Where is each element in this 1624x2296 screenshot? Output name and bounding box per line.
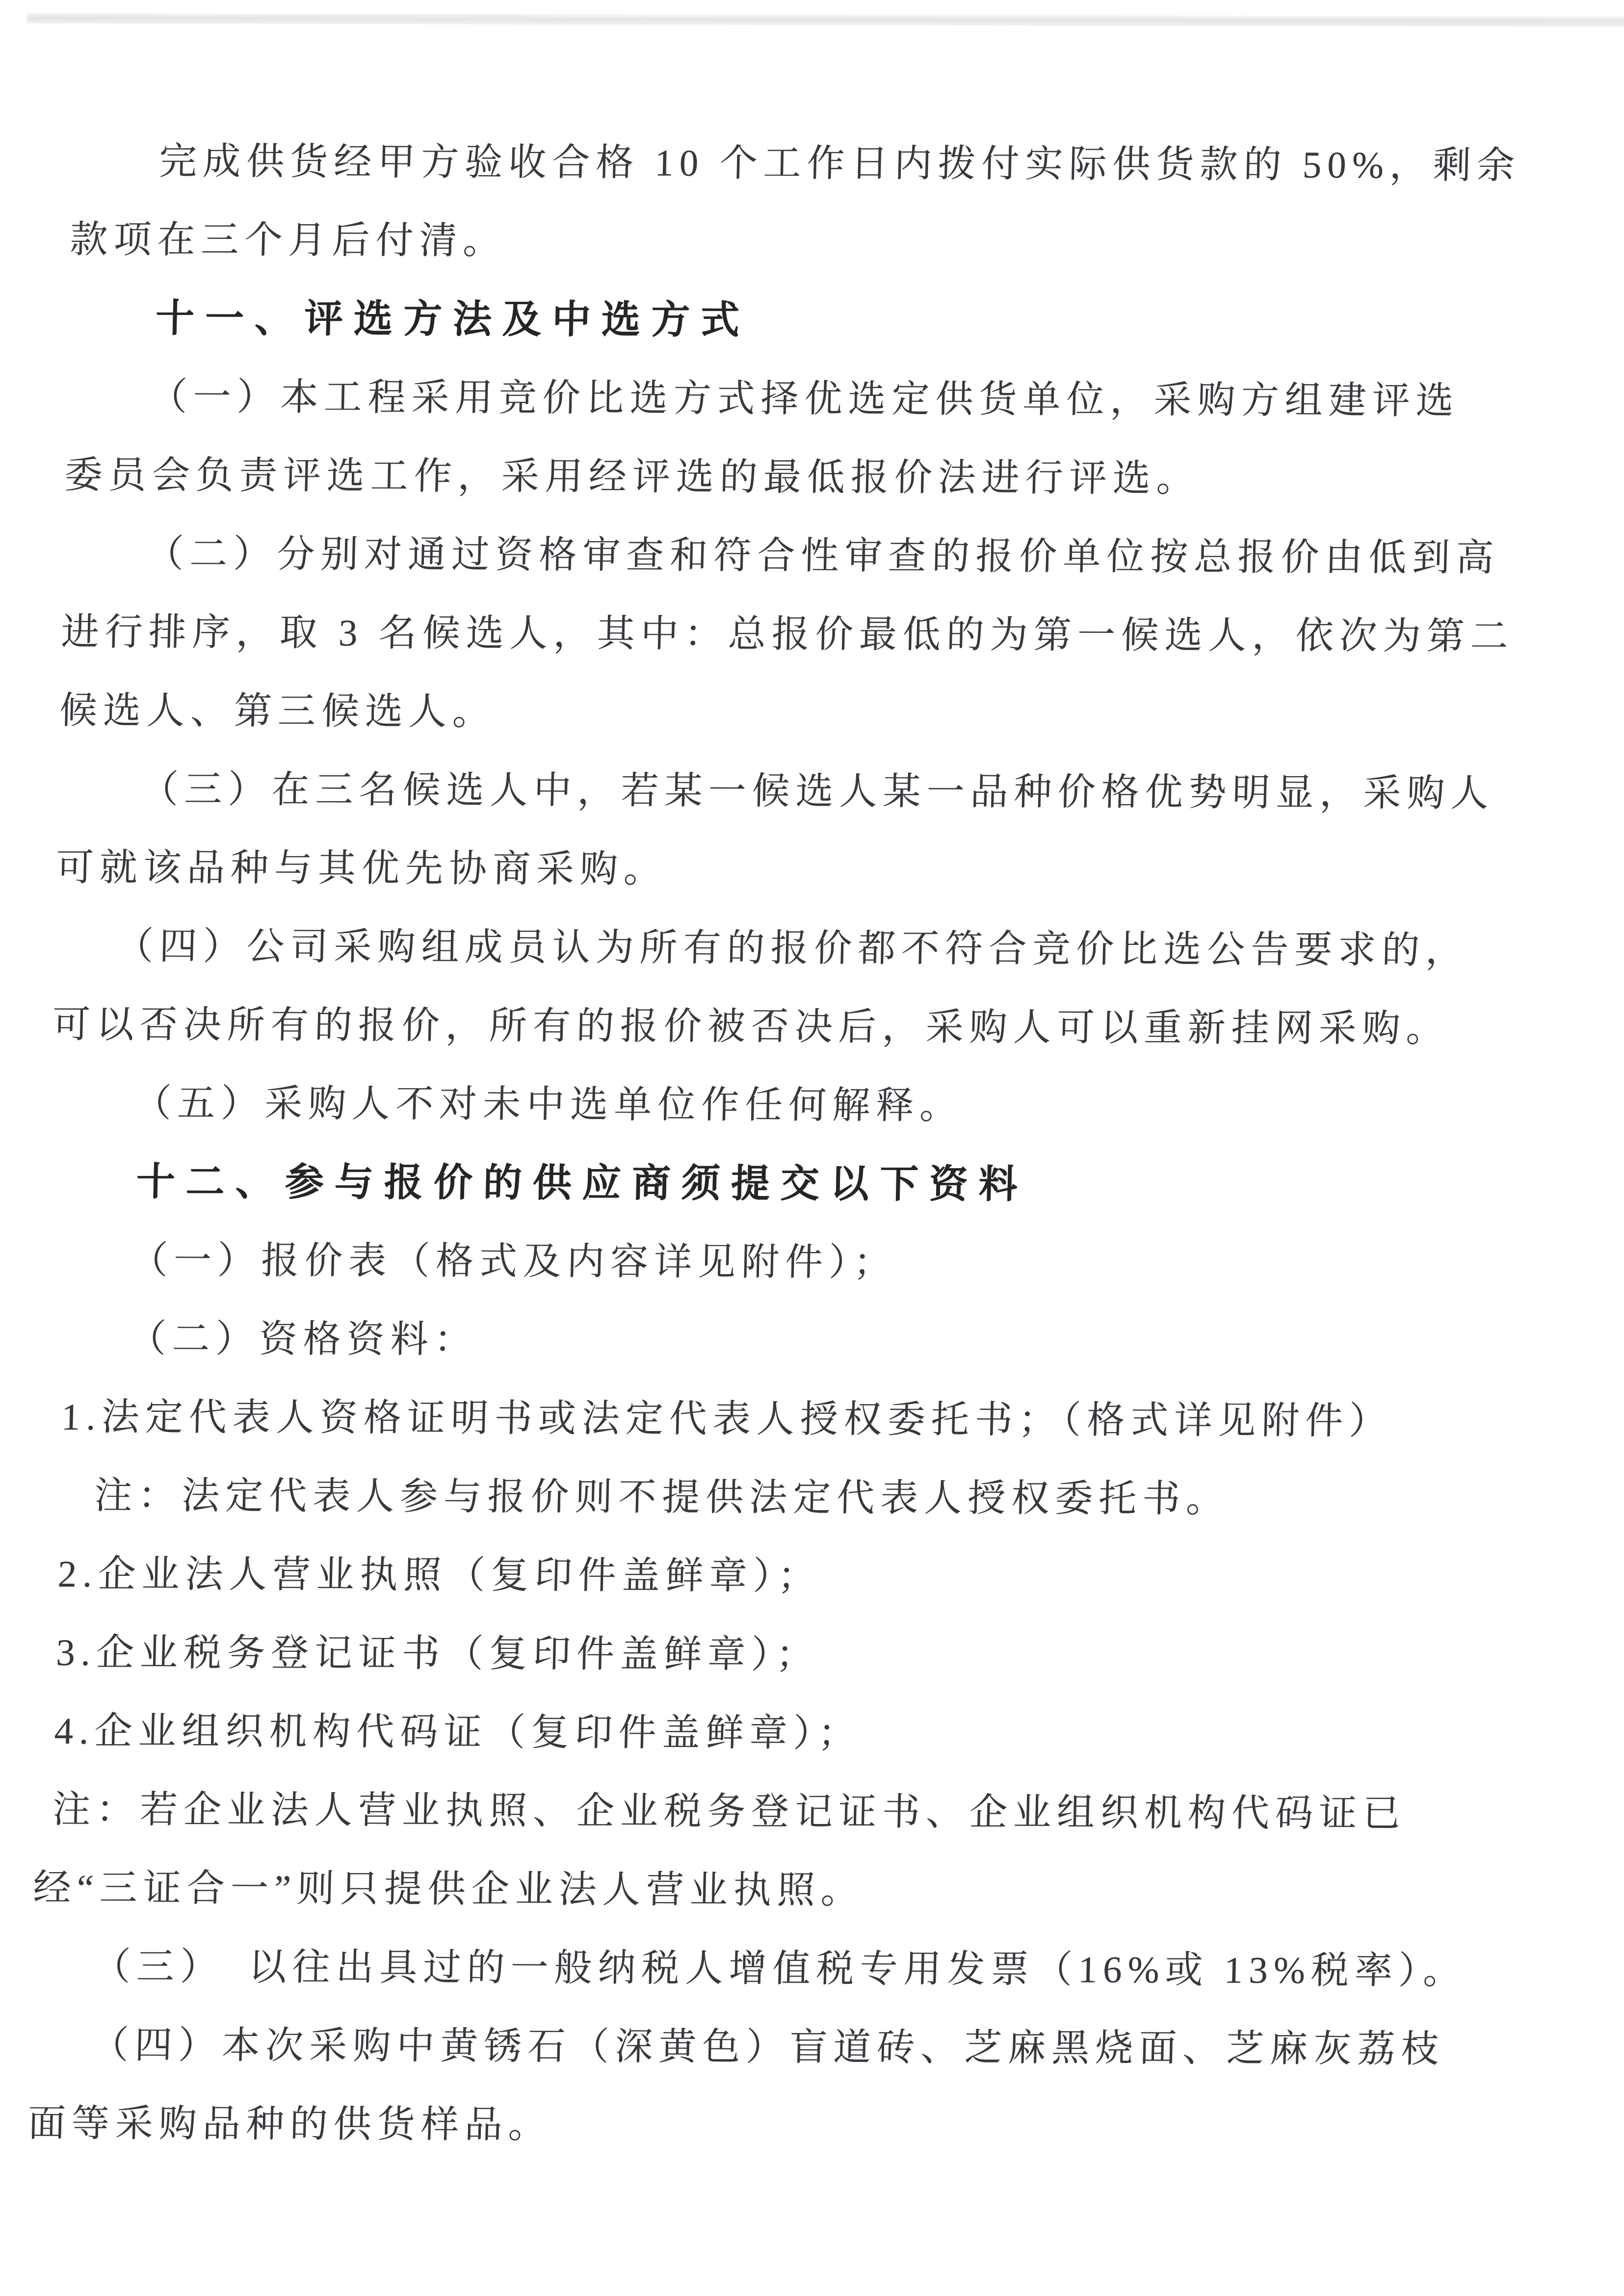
- text-line: 2.企业法人营业执照（复印件盖鲜章）；: [39, 1535, 1519, 1618]
- text-line: 经“三证合一”则只提供企业法人营业执照。: [32, 1849, 1512, 1931]
- text-line: （一）报价表（格式及内容详见附件）；: [46, 1221, 1526, 1304]
- text-line: （二）分别对通过资格审查和符合性审查的报价单位按总报价由低到高: [62, 514, 1542, 597]
- text-line: 进行排序，取 3 名候选人，其中：总报价最低的为第一候选人，依次为第二: [60, 593, 1540, 676]
- scanned-document-page: 完成供货经甲方验收合格 10 个工作日内拨付实际供货款的 50%，剩余款项在三个…: [0, 0, 1624, 2296]
- text-line: （三） 以往出具过的一般纳税人增值税专用发票（16%或 13%税率）。: [30, 1927, 1510, 2010]
- text-line: （三）在三名候选人中，若某一候选人某一品种价格优势明显，采购人: [57, 750, 1537, 833]
- text-line: 款项在三个月后付清。: [69, 200, 1549, 283]
- text-line: 面等采购品种的供货样品。: [27, 2084, 1507, 2167]
- text-line: 3.企业税务登记证书（复印件盖鲜章）；: [38, 1613, 1518, 1696]
- text-line: 完成供货经甲方验收合格 10 个工作日内拨付实际供货款的 50%，剩余: [71, 122, 1550, 205]
- text-line: （二）资格资料：: [45, 1299, 1524, 1382]
- section-heading-line: 十一、评选方法及中选方式: [67, 279, 1547, 362]
- text-line: （四）本次采购中黄锈石（深黄色）盲道砖、芝麻黑烧面、芝麻灰荔枝: [29, 2006, 1509, 2088]
- text-line: 4.企业组织机构代码证（复印件盖鲜章）；: [36, 1692, 1516, 1774]
- scanner-edge-artifact: [27, 13, 1624, 27]
- text-line: 注：若企业法人营业执照、企业税务登记证书、企业组织机构代码证已: [34, 1770, 1514, 1853]
- text-line: 候选人、第三候选人。: [58, 671, 1538, 754]
- text-line: 1.法定代表人资格证明书或法定代表人授权委托书；（格式详见附件）: [43, 1378, 1522, 1461]
- text-line: （四）公司采购组成员认为所有的报价都不符合竞价比选公告要求的，: [53, 907, 1533, 990]
- text-line: （一）本工程采用竞价比选方式择优选定供货单位，采购方组建评选: [66, 357, 1545, 440]
- text-line: 可以否决所有的报价，所有的报价被否决后，采购人可以重新挂网采购。: [52, 985, 1531, 1068]
- text-line: （五）采购人不对未中选单位作任何解释。: [50, 1064, 1530, 1147]
- text-line: 委员会负责评选工作，采用经评选的最低报价法进行评选。: [64, 436, 1544, 519]
- text-line: 可就该品种与其优先协商采购。: [55, 828, 1535, 911]
- text-line: 注：法定代表人参与报价则不提供法定代表人授权委托书。: [41, 1456, 1521, 1539]
- section-heading-line: 十二、参与报价的供应商须提交以下资料: [48, 1142, 1528, 1225]
- document-body: 完成供货经甲方验收合格 10 个工作日内拨付实际供货款的 50%，剩余款项在三个…: [27, 122, 1550, 2167]
